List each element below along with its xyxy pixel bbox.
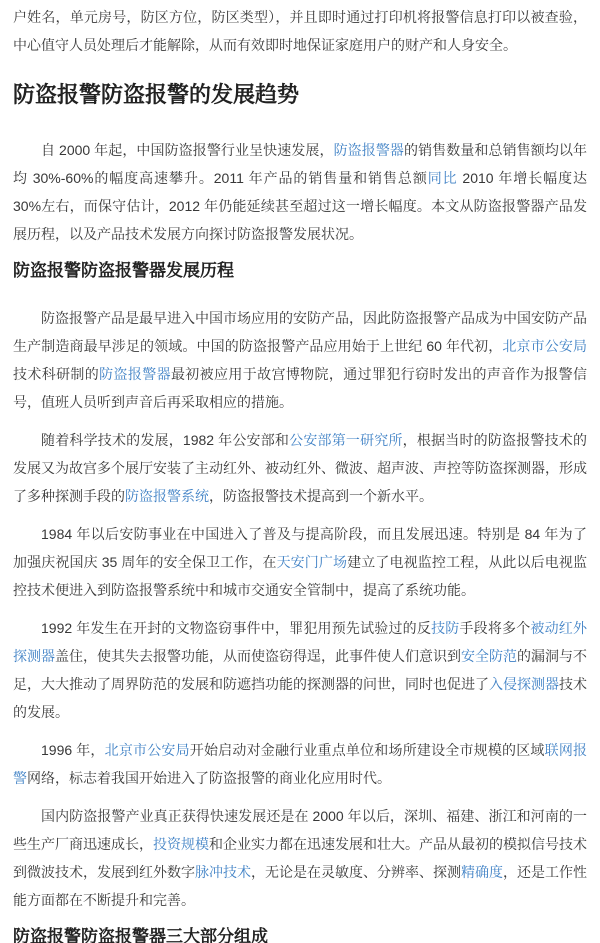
paragraph-market-growth: 自 2000 年起，中国防盗报警行业呈快速发展，防盗报警器的销售数量和总销售额均… xyxy=(13,136,587,248)
paragraph-1982-detectors: 随着科学技术的发展，1982 年公安部和公安部第一研究所，根据当时的防盗报警技术… xyxy=(13,426,587,510)
inline-link[interactable]: 精确度 xyxy=(461,864,503,880)
text-run: 防盗报警产品是最早进入中国市场应用的安防产品，因此防盗报警产品成为中国安防产品生… xyxy=(13,310,587,354)
text-run: 网络，标志着我国开始进入了防盗报警的商业化应用时代。 xyxy=(27,770,391,786)
text-run: 自 2000 年起，中国防盗报警行业呈快速发展， xyxy=(41,142,334,158)
paragraph-intro-continuation: 户姓名，单元房号，防区方位，防区类型），并且即时通过打印机将报警信息打印以被查验… xyxy=(13,3,587,59)
inline-link[interactable]: 安全防范 xyxy=(461,648,517,664)
paragraph-1984-cctv: 1984 年以后安防事业在中国进入了普及与提高阶段，而且发展迅速。特别是 84 … xyxy=(13,520,587,604)
text-run: 技术科研制的 xyxy=(13,366,99,382)
text-run: ，无论是在灵敏度、分辨率、探测 xyxy=(251,864,461,880)
text-run: 开始启动对金融行业重点单位和场所建设全市规模的区域 xyxy=(190,742,545,758)
section-heading-development-trend: 防盗报警防盗报警的发展趋势 xyxy=(13,80,587,110)
subheading-three-components: 防盗报警防盗报警器三大部分组成 xyxy=(13,924,587,943)
inline-link[interactable]: 公安部第一研究所 xyxy=(289,432,403,448)
paragraph-1992-theft-case: 1992 年发生在开封的文物盗窃事件中，罪犯用预先试验过的反技防手段将多个被动红… xyxy=(13,614,587,726)
text-run: 1992 年发生在开封的文物盗窃事件中，罪犯用预先试验过的反 xyxy=(41,620,431,636)
inline-link[interactable]: 技防 xyxy=(431,620,459,636)
paragraph-post-2000-industry: 国内防盗报警产业真正获得快速发展还是在 2000 年以后，深圳、福建、浙江和河南… xyxy=(13,802,587,914)
inline-link[interactable]: 防盗报警器 xyxy=(99,366,171,382)
inline-link[interactable]: 防盗报警器 xyxy=(334,142,404,158)
text-run: ，防盗报警技术提高到一个新水平。 xyxy=(209,488,433,504)
paragraph-1996-network: 1996 年，北京市公安局开始启动对金融行业重点单位和场所建设全市规模的区域联网… xyxy=(13,736,587,792)
text-run: 户姓名，单元房号，防区方位，防区类型），并且即时通过打印机将报警信息打印以被查验… xyxy=(13,9,587,53)
text-run: 盖住，使其失去报警功能，从而使盗窃得逞，此事件使人们意识到 xyxy=(55,648,461,664)
text-run: 手段将多个 xyxy=(459,620,530,636)
inline-link[interactable]: 防盗报警系统 xyxy=(125,488,209,504)
text-run: 随着科学技术的发展，1982 年公安部和 xyxy=(41,432,289,448)
inline-link[interactable]: 脉冲技术 xyxy=(195,864,251,880)
inline-link[interactable]: 北京市公安局 xyxy=(502,338,587,354)
inline-link[interactable]: 同比 xyxy=(428,170,458,186)
text-run: 1996 年， xyxy=(41,742,105,758)
paragraph-earliest-products: 防盗报警产品是最早进入中国市场应用的安防产品，因此防盗报警产品成为中国安防产品生… xyxy=(13,304,587,416)
inline-link[interactable]: 天安门广场 xyxy=(277,554,348,570)
inline-link[interactable]: 北京市公安局 xyxy=(105,742,190,758)
inline-link[interactable]: 投资规模 xyxy=(153,836,209,852)
subheading-development-history: 防盗报警防盗报警器发展历程 xyxy=(13,258,587,284)
inline-link[interactable]: 入侵探测器 xyxy=(489,676,559,692)
article: 户姓名，单元房号，防区方位，防区类型），并且即时通过打印机将报警信息打印以被查验… xyxy=(0,0,600,943)
